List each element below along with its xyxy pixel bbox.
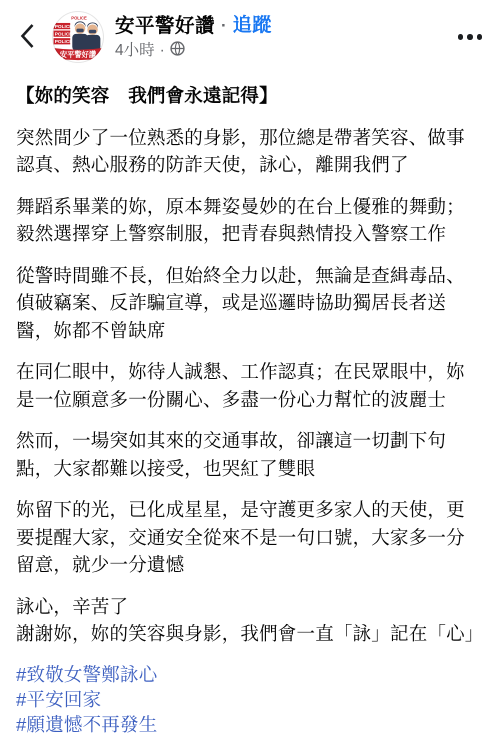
meta-separator: · <box>160 42 165 60</box>
post-paragraph: 然而，一場突如其來的交通事故，卻讓這一切劃下句 點，大家都難以接受，也哭紅了雙眼 <box>16 427 484 482</box>
globe-privacy-icon <box>170 41 185 61</box>
post-paragraph: 從警時間雖不長，但始終全力以赴，無論是查緝毒品、 偵破竊案、反詐騙宣導，或是巡邏… <box>16 262 484 345</box>
post-paragraph: 妳留下的光，已化成星星，是守護更多家人的天使，更 要提醒大家，交通安全從來不是一… <box>16 496 484 579</box>
post-header: POLICE POLICE POLICE POLICE <box>0 0 500 70</box>
hashtag-list: #致敬女警鄭詠心 #平安回家 #願遺憾不再發生 <box>16 662 484 735</box>
svg-text:POLICE: POLICE <box>71 15 87 20</box>
post-paragraph: 在同仁眼中，妳待人誠懇、工作認真；在民眾眼中，妳 是一位願意多一份關心、多盡一份… <box>16 358 484 413</box>
facebook-post-screen: POLICE POLICE POLICE POLICE <box>0 0 500 735</box>
svg-text:POLICE: POLICE <box>55 39 73 45</box>
more-options-button[interactable] <box>456 26 485 48</box>
post-paragraph: 突然間少了一位熟悉的身影，那位總是帶著笑容、做事 認真、熱心服務的防詐天使，詠心… <box>16 124 484 179</box>
follow-button[interactable]: 追蹤 <box>233 14 272 38</box>
hashtag-link[interactable]: #願遺憾不再發生 <box>16 712 484 735</box>
post-body: 【妳的笑容 我們會永遠記得】 突然間少了一位熟悉的身影，那位總是帶著笑容、做事 … <box>0 70 500 735</box>
back-button[interactable] <box>10 17 46 57</box>
name-follow-separator: · <box>221 14 227 38</box>
more-horizontal-icon <box>458 34 483 40</box>
svg-text:POLICE: POLICE <box>55 31 73 37</box>
hashtag-link[interactable]: #致敬女警鄭詠心 <box>16 662 484 687</box>
header-text-block: 安平警好讚 · 追蹤 4小時 · <box>115 14 456 61</box>
avatar[interactable]: POLICE POLICE POLICE POLICE <box>52 11 104 63</box>
page-name-link[interactable]: 安平警好讚 <box>115 14 215 38</box>
police-badge-avatar-image: POLICE POLICE POLICE POLICE <box>52 11 104 63</box>
svg-text:安平警好讚: 安平警好讚 <box>60 50 97 59</box>
timestamp: 4小時 <box>115 42 155 60</box>
post-paragraph: 舞蹈系畢業的妳，原本舞姿曼妙的在台上優雅的舞動； 毅然選擇穿上警察制服，把青春與… <box>16 193 484 248</box>
hashtag-link[interactable]: #平安回家 <box>16 687 484 712</box>
svg-text:POLICE: POLICE <box>55 24 73 30</box>
chevron-left-icon <box>15 21 41 54</box>
post-title: 【妳的笑容 我們會永遠記得】 <box>16 82 484 110</box>
post-paragraph: 詠心，辛苦了 謝謝妳，妳的笑容與身影，我們會一直「詠」記在「心」 <box>16 593 484 648</box>
